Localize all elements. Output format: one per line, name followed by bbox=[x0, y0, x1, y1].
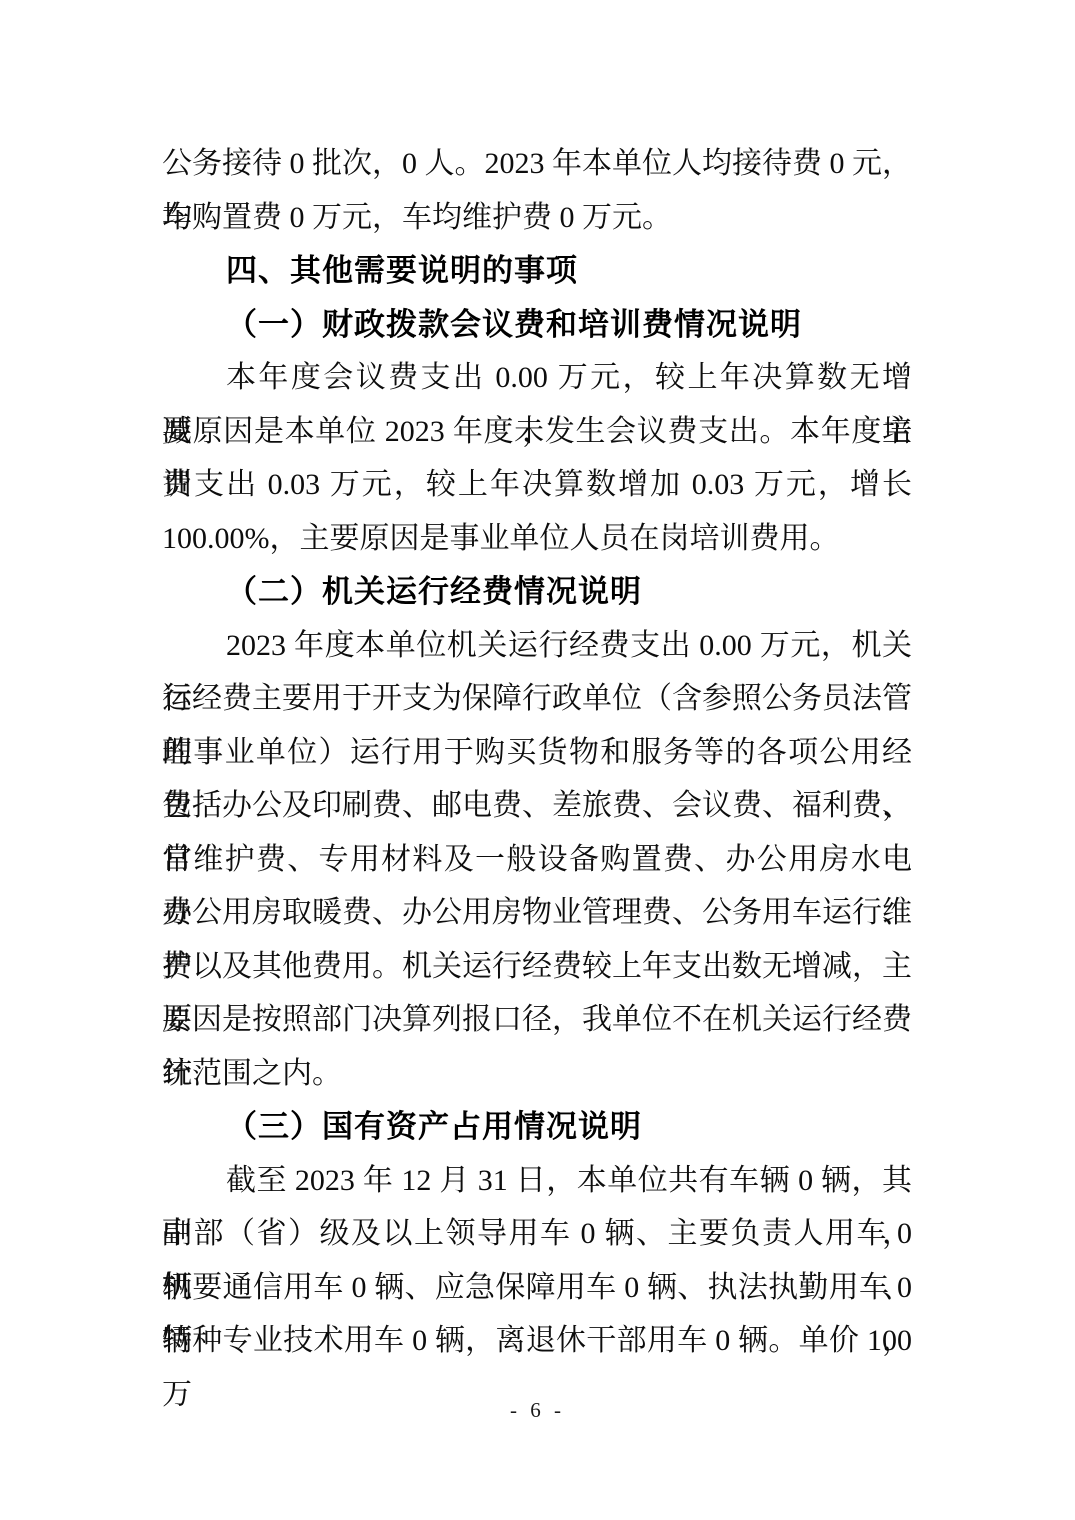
text-line: 机要通信用车 0 辆、应急保障用车 0 辆、执法执勤用车 0 辆， bbox=[162, 1261, 912, 1315]
text-line: 的事业单位）运行用于购买货物和服务等的各项公用经费， bbox=[162, 726, 912, 780]
heading-line: 四、其他需要说明的事项 bbox=[162, 244, 912, 298]
text-line: 包括办公及印刷费、邮电费、差旅费、会议费、福利费、日 bbox=[162, 779, 912, 833]
text-line: 常维护费、专用材料及一般设备购置费、办公用房水电费、 bbox=[162, 833, 912, 887]
text-line: 截至 2023 年 12 月 31 日，本单位共有车辆 0 辆，其中， bbox=[162, 1154, 912, 1208]
heading-line: （一）财政拨款会议费和培训费情况说明 bbox=[162, 298, 912, 352]
text-line: 均购置费 0 万元，车均维护费 0 万元。 bbox=[162, 191, 912, 245]
document-page: 公务接待 0 批次，0 人。2023 年本单位人均接待费 0 元，车均购置费 0… bbox=[0, 0, 1075, 1520]
text-line: 原因是按照部门决算列报口径，我单位不在机关运行经费统 bbox=[162, 993, 912, 1047]
text-line: 本年度会议费支出 0.00 万元，较上年决算数无增减，主 bbox=[162, 351, 912, 405]
text-line: 要原因是本单位 2023 年度未发生会议费支出。本年度培训 bbox=[162, 405, 912, 459]
page-number: - 6 - bbox=[0, 1398, 1075, 1423]
text-line: 副部（省）级及以上领导用车 0 辆、主要负责人用车 0 辆、 bbox=[162, 1207, 912, 1261]
text-line: 费支出 0.03 万元，较上年决算数增加 0.03 万元，增长 bbox=[162, 458, 912, 512]
document-lines: 公务接待 0 批次，0 人。2023 年本单位人均接待费 0 元，车均购置费 0… bbox=[162, 137, 912, 1368]
text-line: 计范围之内。 bbox=[162, 1047, 912, 1101]
text-line: 公务接待 0 批次，0 人。2023 年本单位人均接待费 0 元，车 bbox=[162, 137, 912, 191]
text-line: 费以及其他费用。机关运行经费较上年支出数无增减，主要 bbox=[162, 940, 912, 994]
text-line: 行经费主要用于开支为保障行政单位（含参照公务员法管理 bbox=[162, 672, 912, 726]
heading-line: （二）机关运行经费情况说明 bbox=[162, 565, 912, 619]
text-line: 100.00%，主要原因是事业单位人员在岗培训费用。 bbox=[162, 512, 912, 566]
text-line: 办公用房取暖费、办公用房物业管理费、公务用车运行维护 bbox=[162, 886, 912, 940]
heading-line: （三）国有资产占用情况说明 bbox=[162, 1100, 912, 1154]
text-line: 特种专业技术用车 0 辆，离退休干部用车 0 辆。单价 100 万 bbox=[162, 1314, 912, 1368]
text-line: 2023 年度本单位机关运行经费支出 0.00 万元，机关运 bbox=[162, 619, 912, 673]
